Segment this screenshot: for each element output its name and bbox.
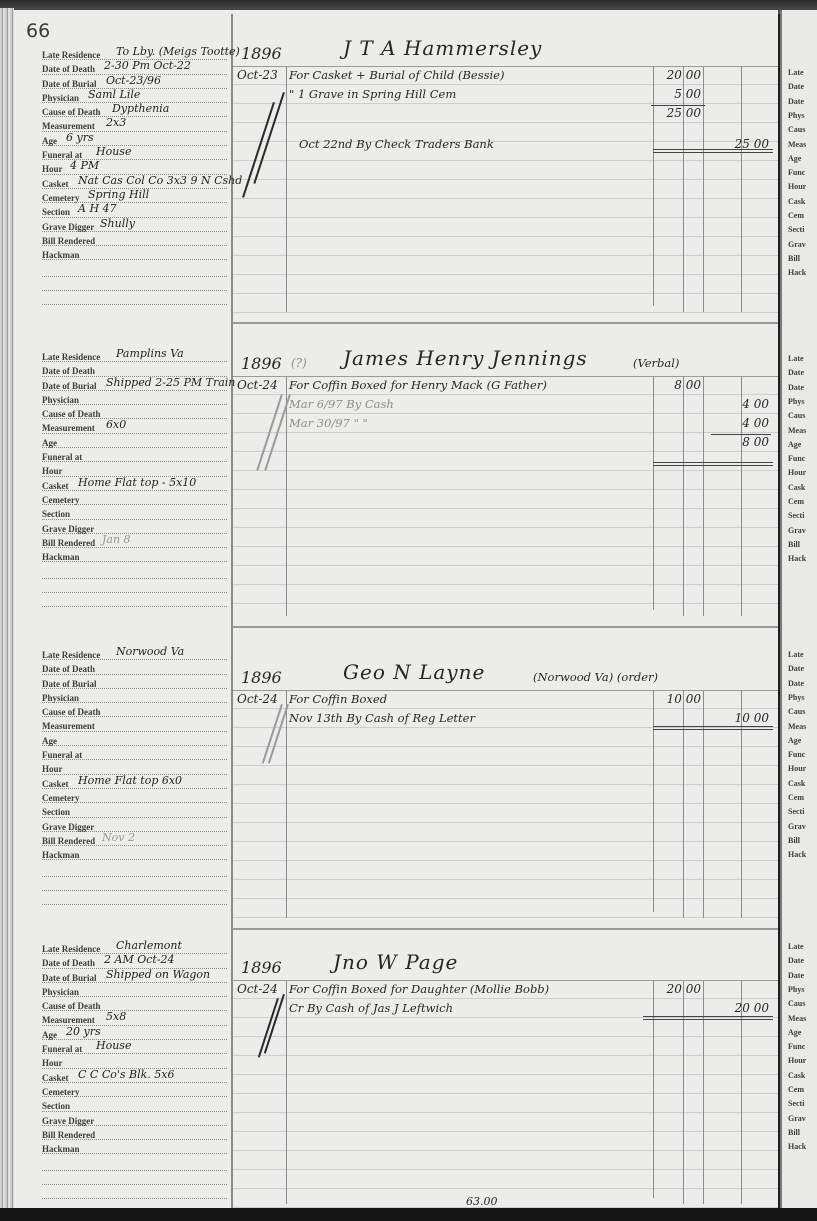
- ledger-line-description: Mar 30/97 " ": [289, 416, 368, 430]
- name-row-rule: [233, 980, 778, 981]
- ledger-page: 66 Late ResidenceTo Lby. (Meigs Tootte)D…: [14, 10, 778, 1210]
- form-label: Grave Digger: [42, 822, 94, 832]
- form-label: Hackman: [42, 552, 80, 562]
- form-value-date-of-death: 2 AM Oct-24: [104, 953, 175, 967]
- facing-page-label: Age: [788, 154, 817, 163]
- ledger-line-description: Cr By Cash of Jas J Leftwich: [289, 1001, 453, 1015]
- form-value-measurement: 6x0: [106, 418, 126, 432]
- form-row-age: Age: [42, 734, 227, 748]
- form-row-date-of-burial: Date of Burial: [42, 677, 227, 691]
- facing-page-label: Date: [788, 368, 817, 377]
- ledger-note: (Verbal): [633, 356, 679, 370]
- form-value-measurement: 5x8: [106, 1010, 126, 1024]
- form-value-casket: C C Co's Blk. 5x6: [78, 1068, 175, 1082]
- facing-page-label: Grav: [788, 1114, 817, 1123]
- facing-page-label: Secti: [788, 807, 817, 816]
- form-row-physician: Physician: [42, 691, 227, 705]
- form-label: Date of Death: [42, 366, 95, 376]
- section-divider: [233, 322, 778, 324]
- form-label: Late Residence: [42, 650, 100, 660]
- form-label: Physician: [42, 693, 79, 703]
- form-row-bill-rendered: Bill Rendered: [42, 234, 227, 248]
- form-label: Section: [42, 807, 70, 817]
- facing-page-label: Secti: [788, 1099, 817, 1108]
- ledger-line-description: For Coffin Boxed for Daughter (Mollie Bo…: [289, 982, 549, 996]
- funeral-record-form: Late ResidenceNorwood VaDate of DeathDat…: [42, 648, 227, 905]
- form-label: Funeral at: [42, 1044, 82, 1054]
- form-label: Age: [42, 136, 57, 146]
- form-label: Cemetery: [42, 495, 79, 505]
- ledger-note: (Norwood Va) (order): [533, 670, 658, 684]
- form-row-cause-of-death: Cause of Death: [42, 705, 227, 719]
- balance-double-rule: [653, 149, 773, 153]
- subtotal-rule: [651, 105, 705, 106]
- form-row-cause-of-death: Cause of DeathDypthenia: [42, 105, 227, 119]
- form-row-cause-of-death: Cause of Death: [42, 407, 227, 421]
- ledger-entry: 1896(?)James Henry Jennings(Verbal)Oct-2…: [233, 322, 778, 622]
- page-footer-total: 63.00: [466, 1195, 498, 1208]
- blank-dotted-line: [42, 1156, 227, 1170]
- form-label: Hackman: [42, 250, 80, 260]
- form-row-funeral-at: Funeral at: [42, 748, 227, 762]
- form-value-casket: Home Flat top 6x0: [78, 774, 182, 788]
- form-row-hackman: Hackman: [42, 550, 227, 564]
- facing-page-label: Grav: [788, 822, 817, 831]
- form-row-late-residence: Late ResidenceNorwood Va: [42, 648, 227, 662]
- ledger-line-description: For Casket + Burial of Child (Bessie): [289, 68, 504, 82]
- blank-dotted-line: [42, 891, 227, 905]
- ledger-line-description: " 1 Grave in Spring Hill Cem: [289, 87, 456, 101]
- ledger-debit-amount: 20 00: [653, 982, 701, 996]
- form-label: Grave Digger: [42, 1116, 94, 1126]
- form-row-age: Age6 yrs: [42, 134, 227, 148]
- ledger-line-description: For Coffin Boxed: [289, 692, 387, 706]
- ledger-credit-amount: 4 00: [713, 416, 769, 430]
- form-label: Section: [42, 207, 70, 217]
- form-label: Date of Death: [42, 64, 95, 74]
- form-row-casket: CasketC C Co's Blk. 5x6: [42, 1071, 227, 1085]
- form-label: Bill Rendered: [42, 836, 95, 846]
- ledger-debit-amount: 8 00: [653, 378, 701, 392]
- form-row-cause-of-death: Cause of Death: [42, 999, 227, 1013]
- facing-page-label: Secti: [788, 225, 817, 234]
- facing-page-label: Age: [788, 736, 817, 745]
- form-value-cemetery: Spring Hill: [88, 188, 149, 202]
- facing-page-label: Hour: [788, 1056, 817, 1065]
- ledger-year: 1896: [241, 958, 282, 977]
- facing-page-label: Meas: [788, 722, 817, 731]
- blank-dotted-line: [42, 877, 227, 891]
- facing-page-label: Date: [788, 664, 817, 673]
- funeral-record-form: Late ResidencePamplins VaDate of DeathDa…: [42, 350, 227, 607]
- credit-column-line: [703, 690, 704, 918]
- ledger-customer-name: J T A Hammersley: [343, 36, 542, 60]
- ledger-line-date: Oct-24: [237, 378, 278, 392]
- date-column-line: [286, 376, 287, 616]
- facing-page-label: Cask: [788, 1071, 817, 1080]
- form-value-physician: Saml Lile: [88, 88, 140, 102]
- form-label: Physician: [42, 395, 79, 405]
- form-row-cemetery: CemeterySpring Hill: [42, 191, 227, 205]
- debit-cents-line: [683, 690, 684, 918]
- ledger-credit-amount: 20 00: [713, 1001, 769, 1015]
- ledger-annotation: (?): [291, 356, 307, 370]
- form-row-date-of-death: Date of Death: [42, 662, 227, 676]
- dotted-leader: [42, 788, 227, 789]
- form-row-cemetery: Cemetery: [42, 1085, 227, 1099]
- facing-page-label: Cask: [788, 197, 817, 206]
- form-value-date-of-burial: Shipped on Wagon: [106, 968, 210, 982]
- facing-page-label: Cem: [788, 1085, 817, 1094]
- form-label: Casket: [42, 481, 69, 491]
- facing-page-label: Date: [788, 679, 817, 688]
- dotted-leader: [42, 745, 227, 746]
- credit-cents-line: [741, 66, 742, 312]
- form-label: Late Residence: [42, 944, 100, 954]
- form-value-late-residence: Pamplins Va: [116, 347, 184, 361]
- form-row-casket: CasketHome Flat top 6x0: [42, 777, 227, 791]
- facing-page-label: Caus: [788, 125, 817, 134]
- form-label: Date of Death: [42, 958, 95, 968]
- ledger-line-date: Oct-24: [237, 692, 278, 706]
- form-label: Date of Burial: [42, 381, 97, 391]
- ledger-year: 1896: [241, 44, 282, 63]
- ledger-debit-amount: 5 00: [653, 87, 701, 101]
- facing-page-label: Caus: [788, 999, 817, 1008]
- dotted-leader: [42, 1039, 227, 1040]
- facing-page-label: Phys: [788, 985, 817, 994]
- form-label: Physician: [42, 93, 79, 103]
- name-row-rule: [233, 66, 778, 67]
- form-label: Cause of Death: [42, 107, 101, 117]
- facing-page-label: Hour: [788, 468, 817, 477]
- facing-page-label: Bill: [788, 1128, 817, 1137]
- form-row-cemetery: Cemetery: [42, 493, 227, 507]
- ledger-debit-amount: 25 00: [653, 106, 701, 120]
- facing-page-label: Date: [788, 971, 817, 980]
- form-value-casket: Nat Cas Col Co 3x3 9 N Cshd: [78, 174, 242, 188]
- form-row-section: Section: [42, 507, 227, 521]
- ledger-line-description: Nov 13th By Cash of Reg Letter: [289, 711, 475, 725]
- dotted-leader: [42, 145, 227, 146]
- form-value-bill-rendered: Jan 8: [102, 533, 131, 547]
- debit-column-line: [653, 980, 654, 1198]
- blank-dotted-line: [42, 277, 227, 291]
- form-row-section: Section: [42, 805, 227, 819]
- facing-page-label: Age: [788, 1028, 817, 1037]
- form-value-cause-of-death: Dypthenia: [112, 102, 169, 116]
- subtotal-rule: [711, 434, 771, 435]
- form-value-funeral-at: House: [96, 145, 131, 159]
- form-label: Cause of Death: [42, 1001, 101, 1011]
- balance-double-rule: [653, 462, 773, 466]
- form-label: Date of Death: [42, 664, 95, 674]
- form-label: Late Residence: [42, 50, 100, 60]
- form-label: Cause of Death: [42, 409, 101, 419]
- date-column-line: [286, 690, 287, 918]
- facing-page-label: Meas: [788, 140, 817, 149]
- facing-page-label: Cem: [788, 793, 817, 802]
- date-column-line: [286, 980, 287, 1204]
- credit-column-line: [703, 980, 704, 1204]
- form-row-physician: Physician: [42, 393, 227, 407]
- facing-page-label: Func: [788, 1042, 817, 1051]
- facing-page-label: Bill: [788, 540, 817, 549]
- facing-page-label: Phys: [788, 693, 817, 702]
- credit-column-line: [703, 66, 704, 312]
- blank-dotted-line: [42, 593, 227, 607]
- facing-page-edge: LateDateDatePhysCausMeasAgeFuncHourCaskC…: [780, 10, 817, 1210]
- form-label: Casket: [42, 1073, 69, 1083]
- form-row-grave-digger: Grave Digger: [42, 522, 227, 536]
- form-label: Late Residence: [42, 352, 100, 362]
- facing-page-label: Meas: [788, 426, 817, 435]
- form-value-date-of-death: 2-30 Pm Oct-22: [104, 59, 191, 73]
- facing-page-label: Late: [788, 68, 817, 77]
- form-row-section: Section: [42, 1099, 227, 1113]
- blank-dotted-line: [42, 1171, 227, 1185]
- ledger-entry: 1896Jno W PageOct-24For Coffin Boxed for…: [233, 928, 778, 1210]
- facing-page-label: Bill: [788, 836, 817, 845]
- debit-cents-line: [683, 66, 684, 312]
- facing-page-label: Cask: [788, 483, 817, 492]
- facing-page-label: Late: [788, 942, 817, 951]
- form-label: Cemetery: [42, 1087, 79, 1097]
- dotted-leader: [42, 447, 227, 448]
- section-divider: [233, 626, 778, 628]
- balance-double-rule: [653, 726, 773, 730]
- blank-dotted-line: [42, 291, 227, 305]
- form-row-age: Age20 yrs: [42, 1028, 227, 1042]
- facing-page-label: Hack: [788, 1142, 817, 1151]
- ledger-year: 1896: [241, 354, 282, 373]
- book-binding-bottom: [0, 1208, 817, 1221]
- form-label: Date of Burial: [42, 679, 97, 689]
- blank-dotted-line: [42, 564, 227, 578]
- name-row-rule: [233, 690, 778, 691]
- form-label: Bill Rendered: [42, 538, 95, 548]
- debit-column-line: [653, 690, 654, 912]
- facing-page-label: Date: [788, 82, 817, 91]
- page-stack-edge: [0, 8, 14, 1218]
- name-row-rule: [233, 376, 778, 377]
- form-value-date-of-burial: Oct-23/96: [106, 74, 161, 88]
- form-label: Hour: [42, 164, 63, 174]
- form-label: Section: [42, 509, 70, 519]
- form-row-date-of-burial: Date of BurialShipped on Wagon: [42, 971, 227, 985]
- form-value-late-residence: To Lby. (Meigs Tootte): [116, 45, 240, 59]
- facing-page-label: Hack: [788, 554, 817, 563]
- facing-page-label: Caus: [788, 707, 817, 716]
- facing-page-label: Cem: [788, 211, 817, 220]
- form-row-age: Age: [42, 436, 227, 450]
- form-value-age: 20 yrs: [66, 1025, 101, 1039]
- facing-page-label: Cem: [788, 497, 817, 506]
- form-row-physician: Physician: [42, 985, 227, 999]
- form-label: Funeral at: [42, 750, 82, 760]
- facing-page-label: Late: [788, 650, 817, 659]
- form-label: Cemetery: [42, 793, 79, 803]
- form-label: Hour: [42, 764, 63, 774]
- funeral-record-form: Late ResidenceTo Lby. (Meigs Tootte)Date…: [42, 48, 227, 305]
- ledger-debit-amount: 10 00: [653, 692, 701, 706]
- ledger-line-date: Oct-23: [237, 68, 278, 82]
- ledger-entry: 1896Geo N Layne(Norwood Va) (order)Oct-2…: [233, 626, 778, 924]
- facing-page-label: Phys: [788, 111, 817, 120]
- form-value-casket: Home Flat top - 5x10: [78, 476, 196, 490]
- form-row-late-residence: Late ResidencePamplins Va: [42, 350, 227, 364]
- facing-page-label: Late: [788, 354, 817, 363]
- facing-page-label: Date: [788, 956, 817, 965]
- ledger-year: 1896: [241, 668, 282, 687]
- form-label: Age: [42, 438, 57, 448]
- form-row-hackman: Hackman: [42, 248, 227, 262]
- form-row-grave-digger: Grave DiggerShully: [42, 220, 227, 234]
- form-label: Grave Digger: [42, 524, 94, 534]
- form-row-date-of-burial: Date of BurialShipped 2-25 PM Train: [42, 379, 227, 393]
- form-label: Age: [42, 1030, 57, 1040]
- form-value-date-of-burial: Shipped 2-25 PM Train: [106, 376, 235, 390]
- form-value-bill-rendered: Nov 2: [102, 831, 135, 845]
- blank-dotted-line: [42, 579, 227, 593]
- ruled-lines: [233, 376, 778, 620]
- facing-page-label: Phys: [788, 397, 817, 406]
- balance-double-rule: [643, 1016, 773, 1020]
- form-row-funeral-at: Funeral atHouse: [42, 1042, 227, 1056]
- facing-page-label: Grav: [788, 526, 817, 535]
- form-row-funeral-at: Funeral at: [42, 450, 227, 464]
- facing-page-label: Caus: [788, 411, 817, 420]
- ledger-line-date: Oct-24: [237, 982, 278, 996]
- debit-cents-line: [683, 980, 684, 1204]
- funeral-record-form: Late ResidenceCharlemontDate of Death2 A…: [42, 942, 227, 1199]
- form-label: Hackman: [42, 850, 80, 860]
- facing-page-label: Hack: [788, 850, 817, 859]
- facing-page-label: Hour: [788, 182, 817, 191]
- ledger-customer-name: Jno W Page: [333, 950, 458, 974]
- form-row-casket: CasketHome Flat top - 5x10: [42, 479, 227, 493]
- facing-page-label: Func: [788, 168, 817, 177]
- form-label: Hour: [42, 466, 63, 476]
- form-row-bill-rendered: Bill RenderedJan 8: [42, 536, 227, 550]
- ledger-line-description: Oct 22nd By Check Traders Bank: [299, 137, 494, 151]
- form-label: Bill Rendered: [42, 236, 95, 246]
- form-label: Age: [42, 736, 57, 746]
- blank-dotted-line: [42, 862, 227, 876]
- facing-page-label: Hack: [788, 268, 817, 277]
- date-column-line: [286, 66, 287, 312]
- form-row-hackman: Hackman: [42, 848, 227, 862]
- form-label: Hackman: [42, 1144, 80, 1154]
- facing-page-label: Hour: [788, 764, 817, 773]
- form-label: Bill Rendered: [42, 1130, 95, 1140]
- facing-page-label: Secti: [788, 511, 817, 520]
- form-label: Measurement: [42, 721, 95, 731]
- form-label: Grave Digger: [42, 222, 94, 232]
- ledger-credit-amount: 4 00: [713, 397, 769, 411]
- ledger-customer-name: Geo N Layne: [343, 660, 485, 684]
- form-label: Cause of Death: [42, 707, 101, 717]
- form-row-grave-digger: Grave Digger: [42, 1114, 227, 1128]
- blank-dotted-line: [42, 1185, 227, 1199]
- ledger-line-description: Mar 6/97 By Cash: [289, 397, 394, 411]
- form-row-measurement: Measurement: [42, 719, 227, 733]
- facing-page-label: Func: [788, 750, 817, 759]
- form-row-bill-rendered: Bill Rendered: [42, 1128, 227, 1142]
- form-value-measurement: 2x3: [106, 116, 126, 130]
- form-row-hackman: Hackman: [42, 1142, 227, 1156]
- facing-page-label: Func: [788, 454, 817, 463]
- facing-page-label: Date: [788, 383, 817, 392]
- form-label: Cemetery: [42, 193, 79, 203]
- debit-column-line: [653, 66, 654, 306]
- ledger-credit-amount: 10 00: [713, 711, 769, 725]
- form-value-age: 6 yrs: [66, 131, 94, 145]
- ledger-debit-amount: 20 00: [653, 68, 701, 82]
- form-value-funeral-at: House: [96, 1039, 131, 1053]
- form-value-grave-digger: Shully: [100, 217, 135, 231]
- facing-page-label: Grav: [788, 240, 817, 249]
- form-value-late-residence: Charlemont: [116, 939, 182, 953]
- section-divider: [233, 928, 778, 930]
- page-number: 66: [26, 20, 50, 42]
- debit-column-line: [653, 376, 654, 610]
- debit-cents-line: [683, 376, 684, 616]
- form-label: Section: [42, 1101, 70, 1111]
- form-label: Date of Burial: [42, 973, 97, 983]
- facing-page-label: Meas: [788, 1014, 817, 1023]
- credit-cents-line: [741, 376, 742, 616]
- dotted-leader: [42, 490, 227, 491]
- form-row-cemetery: Cemetery: [42, 791, 227, 805]
- ledger-line-description: For Coffin Boxed for Henry Mack (G Fathe…: [289, 378, 547, 392]
- ledger-credit-amount: 8 00: [713, 435, 769, 449]
- form-label: Casket: [42, 779, 69, 789]
- ruled-lines: [233, 66, 778, 316]
- form-label: Hour: [42, 1058, 63, 1068]
- form-label: Funeral at: [42, 452, 82, 462]
- form-row-bill-rendered: Bill RenderedNov 2: [42, 834, 227, 848]
- form-value-late-residence: Norwood Va: [116, 645, 184, 659]
- form-label: Casket: [42, 179, 69, 189]
- form-label: Physician: [42, 987, 79, 997]
- facing-page-label: Date: [788, 97, 817, 106]
- ledger-entry: 1896J T A HammersleyOct-23For Casket + B…: [233, 12, 778, 318]
- form-label: Measurement: [42, 423, 95, 433]
- form-row-measurement: Measurement6x0: [42, 421, 227, 435]
- form-value-section: A H 47: [78, 202, 117, 216]
- dotted-leader: [42, 1082, 227, 1083]
- blank-dotted-line: [42, 262, 227, 276]
- ledger-customer-name: James Henry Jennings: [343, 346, 588, 370]
- form-value-hour: 4 PM: [70, 159, 99, 173]
- facing-page-label: Bill: [788, 254, 817, 263]
- credit-column-line: [703, 376, 704, 616]
- facing-page-label: Cask: [788, 779, 817, 788]
- facing-page-label: Age: [788, 440, 817, 449]
